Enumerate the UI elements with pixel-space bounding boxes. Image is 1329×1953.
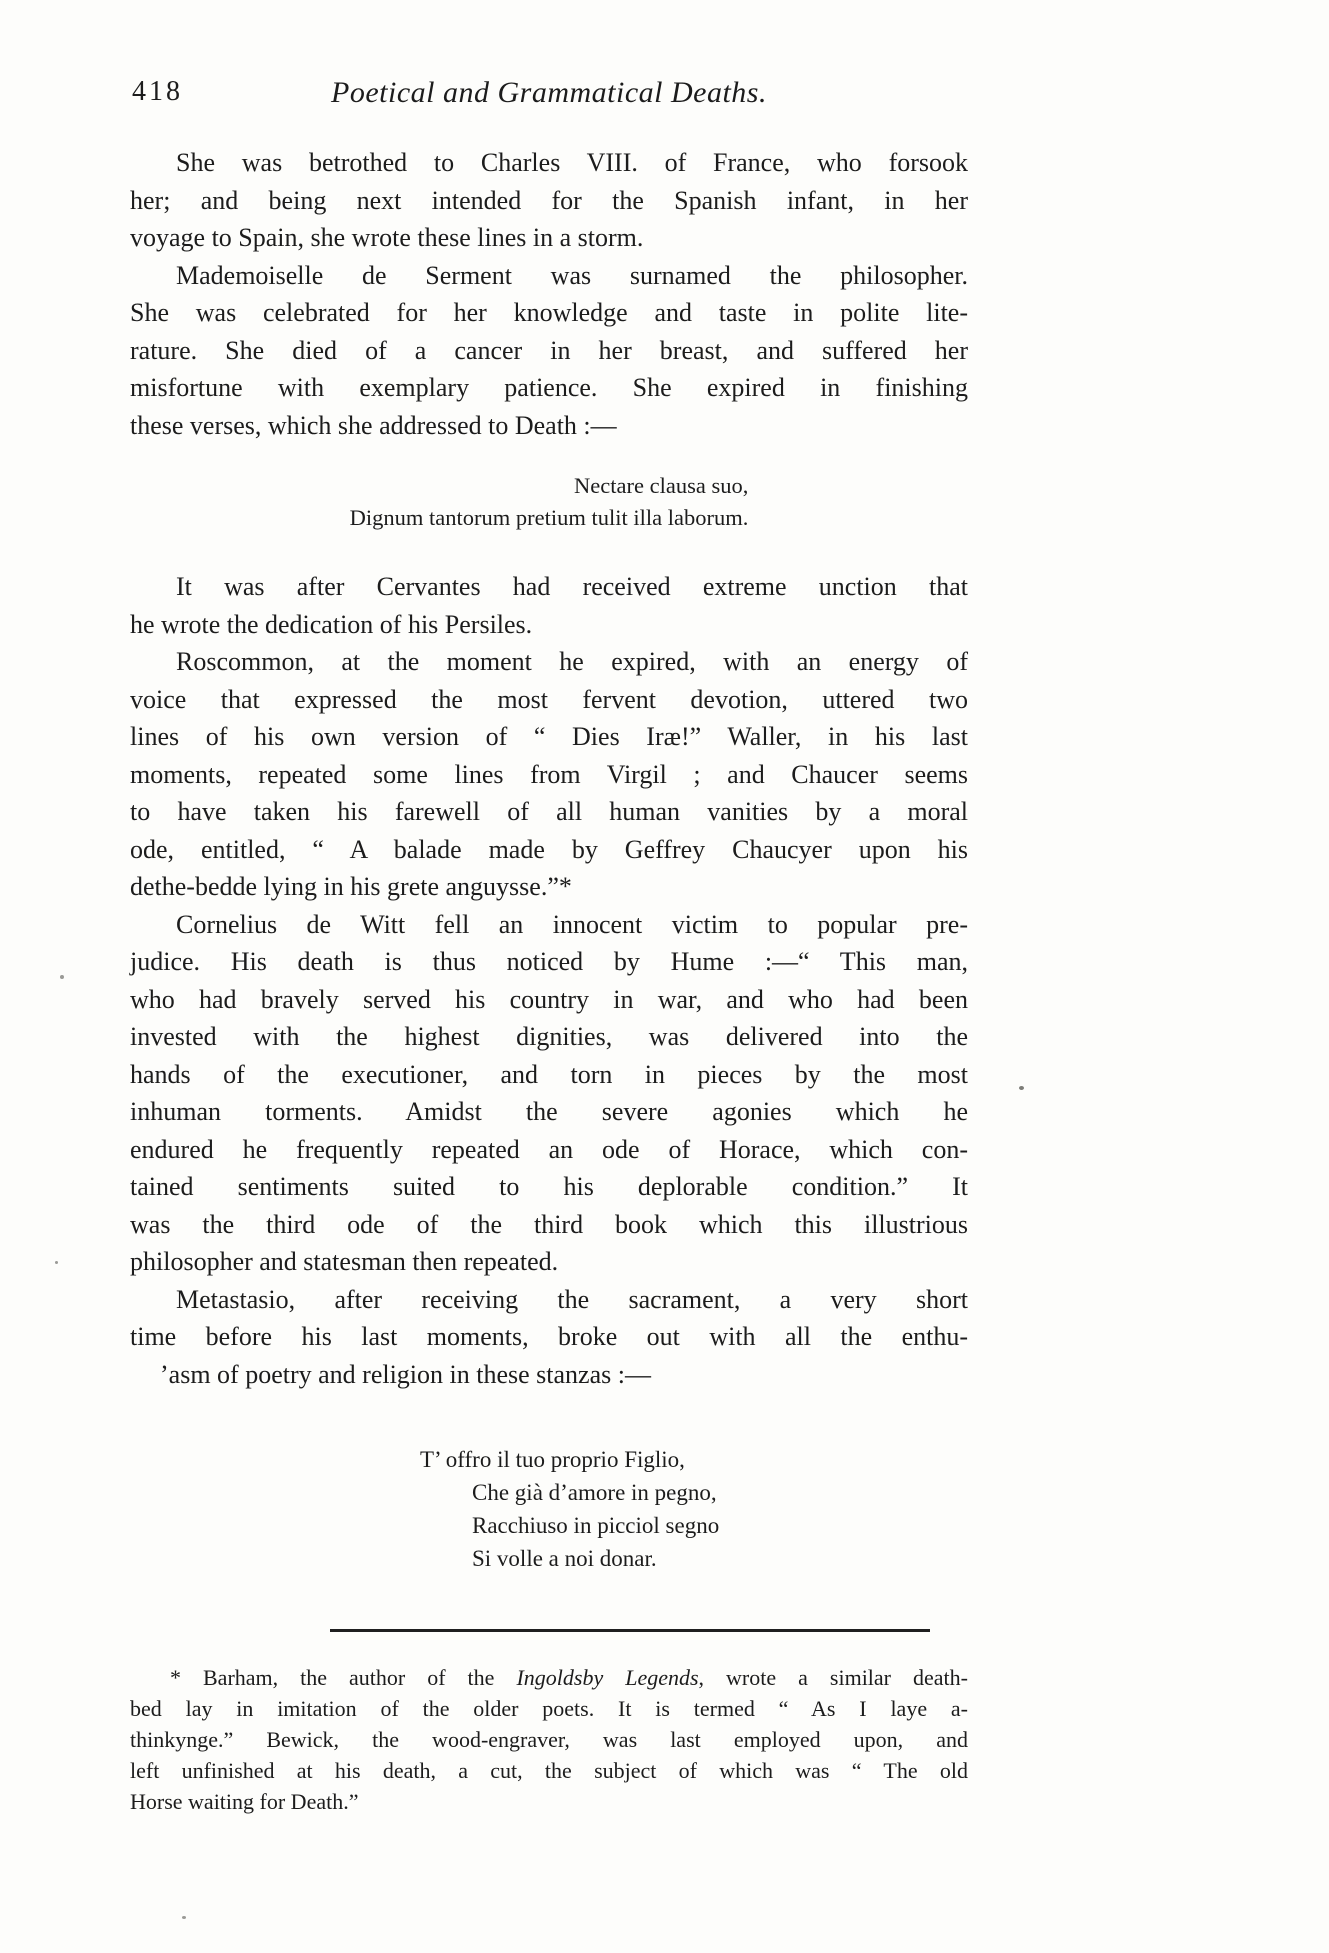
text-segment: time before his last moments, broke out … xyxy=(130,1322,968,1351)
scan-speck xyxy=(55,1261,58,1264)
text-segment: Si volle a noi donar. xyxy=(472,1546,657,1571)
text-line: her; and being next intended for the Spa… xyxy=(130,182,968,220)
text-segment: who had bravely served his country in wa… xyxy=(130,985,968,1014)
text-line: to have taken his farewell of all human … xyxy=(130,793,968,831)
text-line: She was celebrated for her knowledge and… xyxy=(130,294,968,332)
text-line: Cornelius de Witt fell an innocent victi… xyxy=(130,906,968,944)
text-segment: hands of the executioner, and torn in pi… xyxy=(130,1060,968,1089)
text-segment: bed lay in imitation of the older poets.… xyxy=(130,1696,968,1721)
page-body: She was betrothed to Charles VIII. of Fr… xyxy=(130,144,968,1817)
text-line: Dignum tantorum pretium tulit illa labor… xyxy=(350,502,749,534)
text-line: philosopher and statesman then repeated. xyxy=(130,1243,968,1281)
text-line: bed lay in imitation of the older poets.… xyxy=(130,1693,968,1724)
text-line: She was betrothed to Charles VIII. of Fr… xyxy=(130,144,968,182)
text-line: Che già d’amore in pegno, xyxy=(472,1476,968,1509)
scan-speck xyxy=(1019,1086,1024,1090)
text-line: Si volle a noi donar. xyxy=(472,1542,968,1575)
paragraph: Mademoiselle de Serment was surnamed the… xyxy=(130,257,968,445)
footnote-rule xyxy=(330,1629,930,1632)
text-segment: dethe-bedde lying in his grete anguysse.… xyxy=(130,872,572,901)
page-number: 418 xyxy=(132,76,183,108)
text-segment: to have taken his farewell of all human … xyxy=(130,797,968,826)
text-segment: Racchiuso in picciol segno xyxy=(472,1513,719,1538)
text-line: It was after Cervantes had received extr… xyxy=(130,568,968,606)
text-segment: Che già d’amore in pegno, xyxy=(472,1480,717,1505)
text-line: who had bravely served his country in wa… xyxy=(130,981,968,1019)
text-line: Horse waiting for Death.” xyxy=(130,1786,968,1817)
text-segment: Nectare clausa suo, xyxy=(574,473,748,498)
text-line: * Barham, the author of the Ingoldsby Le… xyxy=(130,1662,968,1693)
paragraph: Roscommon, at the moment he expired, wit… xyxy=(130,643,968,906)
text-line: voice that expressed the most fervent de… xyxy=(130,681,968,719)
text-segment: ode, entitled, “ A balade made by Geffre… xyxy=(130,835,968,864)
text-line: moments, repeated some lines from Virgil… xyxy=(130,756,968,794)
text-line: left unfinished at his death, a cut, the… xyxy=(130,1755,968,1786)
text-segment: Metastasio, after receiving the sacramen… xyxy=(176,1285,968,1314)
text-segment: judice. His death is thus noticed by Hum… xyxy=(130,947,968,976)
text-line: thinkynge.” Bewick, the wood-engraver, w… xyxy=(130,1724,968,1755)
text-segment: Mademoiselle de Serment was surnamed the… xyxy=(176,261,968,290)
text-line: invested with the highest dignities, was… xyxy=(130,1018,968,1056)
text-segment: was the third ode of the third book whic… xyxy=(130,1210,968,1239)
text-line: Metastasio, after receiving the sacramen… xyxy=(130,1281,968,1319)
text-line: inhuman torments. Amidst the severe agon… xyxy=(130,1093,968,1131)
text-segment: She was celebrated for her knowledge and… xyxy=(130,298,968,327)
paragraph: Cornelius de Witt fell an innocent victi… xyxy=(130,906,968,1281)
text-line: he wrote the dedication of his Persiles. xyxy=(130,606,968,644)
verse-block: Nectare clausa suo,Dignum tantorum preti… xyxy=(130,470,968,534)
text-line: misfortune with exemplary patience. She … xyxy=(130,369,968,407)
text-segment: , wrote a similar death- xyxy=(699,1665,968,1690)
text-segment: voice that expressed the most fervent de… xyxy=(130,685,968,714)
verse-block: T’ offro il tuo proprio Figlio,Che già d… xyxy=(472,1443,968,1575)
text-line: hands of the executioner, and torn in pi… xyxy=(130,1056,968,1094)
text-line: voyage to Spain, she wrote these lines i… xyxy=(130,219,968,257)
text-segment: rature. She died of a cancer in her brea… xyxy=(130,336,968,365)
page-header: 418 Poetical and Grammatical Deaths. xyxy=(130,70,968,116)
paragraph: It was after Cervantes had received extr… xyxy=(130,568,968,643)
book-page-scan: 418 Poetical and Grammatical Deaths. She… xyxy=(0,0,1329,1953)
text-line: was the third ode of the third book whic… xyxy=(130,1206,968,1244)
text-segment: Roscommon, at the moment he expired, wit… xyxy=(176,647,968,676)
text-segment: tained sentiments suited to his deplorab… xyxy=(130,1172,968,1201)
text-segment: It was after Cervantes had received extr… xyxy=(176,572,968,601)
text-line: endured he frequently repeated an ode of… xyxy=(130,1131,968,1169)
scan-speck xyxy=(182,1916,186,1919)
text-segment: misfortune with exemplary patience. She … xyxy=(130,373,968,402)
text-line: Mademoiselle de Serment was surnamed the… xyxy=(130,257,968,295)
text-segment: left unfinished at his death, a cut, the… xyxy=(130,1758,968,1783)
text-line: time before his last moments, broke out … xyxy=(130,1318,968,1356)
text-segment: Horse waiting for Death.” xyxy=(130,1789,358,1814)
text-segment: inhuman torments. Amidst the severe agon… xyxy=(130,1097,968,1126)
text-line: rature. She died of a cancer in her brea… xyxy=(130,332,968,370)
paragraph: She was betrothed to Charles VIII. of Fr… xyxy=(130,144,968,257)
text-segment: he wrote the dedication of his Persiles. xyxy=(130,610,532,639)
footnote: * Barham, the author of the Ingoldsby Le… xyxy=(130,1662,968,1817)
text-segment: philosopher and statesman then repeated. xyxy=(130,1247,558,1276)
running-title: Poetical and Grammatical Deaths. xyxy=(130,70,968,116)
text-line: Nectare clausa suo, xyxy=(350,470,749,502)
paragraph: Metastasio, after receiving the sacramen… xyxy=(130,1281,968,1394)
text-segment: moments, repeated some lines from Virgil… xyxy=(130,760,968,789)
text-line: ode, entitled, “ A balade made by Geffre… xyxy=(130,831,968,869)
text-line: dethe-bedde lying in his grete anguysse.… xyxy=(130,868,968,906)
text-segment: lines of his own version of “ Dies Iræ!”… xyxy=(130,722,968,751)
text-segment: endured he frequently repeated an ode of… xyxy=(130,1135,968,1164)
text-line: Racchiuso in picciol segno xyxy=(472,1509,968,1542)
text-segment: her; and being next intended for the Spa… xyxy=(130,186,968,215)
text-line: Roscommon, at the moment he expired, wit… xyxy=(130,643,968,681)
text-segment: ’asm of poetry and religion in these sta… xyxy=(160,1360,651,1389)
text-line: tained sentiments suited to his deplorab… xyxy=(130,1168,968,1206)
text-segment: thinkynge.” Bewick, the wood-engraver, w… xyxy=(130,1727,968,1752)
text-line: lines of his own version of “ Dies Iræ!”… xyxy=(130,718,968,756)
text-segment: voyage to Spain, she wrote these lines i… xyxy=(130,223,643,252)
text-line: judice. His death is thus noticed by Hum… xyxy=(130,943,968,981)
scan-speck xyxy=(60,975,64,979)
italic-text: Ingoldsby Legends xyxy=(516,1665,698,1690)
text-segment: these verses, which she addressed to Dea… xyxy=(130,411,617,440)
text-segment: She was betrothed to Charles VIII. of Fr… xyxy=(176,148,968,177)
text-segment: * Barham, the author of the xyxy=(170,1665,516,1690)
text-segment: T’ offro il tuo proprio Figlio, xyxy=(420,1447,685,1472)
text-line: T’ offro il tuo proprio Figlio, xyxy=(472,1443,968,1476)
text-column: 418 Poetical and Grammatical Deaths. She… xyxy=(130,70,968,1817)
text-segment: Cornelius de Witt fell an innocent victi… xyxy=(176,910,968,939)
text-segment: invested with the highest dignities, was… xyxy=(130,1022,968,1051)
text-segment: Dignum tantorum pretium tulit illa labor… xyxy=(350,505,749,530)
text-line: these verses, which she addressed to Dea… xyxy=(130,407,968,445)
text-line: ’asm of poetry and religion in these sta… xyxy=(130,1356,968,1394)
